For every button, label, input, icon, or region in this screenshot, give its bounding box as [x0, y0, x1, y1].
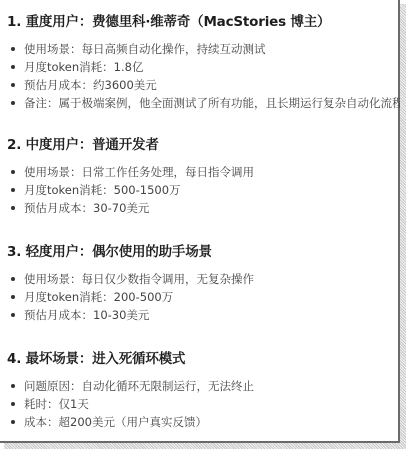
- section-heading: 2. 中度用户：普通开发者: [0, 135, 398, 155]
- bullet-list: 使用场景：每日仅少数指令调用，无复杂操作 月度token消耗：200-500万 …: [0, 270, 398, 324]
- list-item: 耗时：仅1天: [0, 395, 398, 413]
- bullet-icon: [11, 277, 15, 281]
- list-item-text: 备注：属于极端案例，他全面测试了所有功能，且长期运行复杂自动化流程: [24, 96, 404, 110]
- bullet-list: 问题原因：自动化循环无限制运行，无法终止 耗时：仅1天 成本：超200美元（用户…: [0, 377, 398, 431]
- list-item: 月度token消耗：500-1500万: [0, 181, 398, 199]
- list-item: 成本：超200美元（用户真实反馈）: [0, 413, 398, 431]
- list-item-text: 问题原因：自动化循环无限制运行，无法终止: [24, 379, 254, 393]
- bullet-list: 使用场景：每日高频自动化操作，持续互动测试 月度token消耗：1.8亿 预估月…: [0, 40, 398, 112]
- bullet-icon: [11, 295, 15, 299]
- section-heading: 1. 重度用户：费德里科·维蒂奇（MacStories 博主）: [0, 12, 398, 32]
- list-item-text: 使用场景：日常工作任务处理，每日指令调用: [24, 165, 254, 179]
- section-heavy-user: 1. 重度用户：费德里科·维蒂奇（MacStories 博主） 使用场景：每日高…: [0, 12, 398, 112]
- bullet-icon: [11, 101, 15, 105]
- list-item: 使用场景：每日高频自动化操作，持续互动测试: [0, 40, 398, 58]
- list-item-text: 使用场景：每日高频自动化操作，持续互动测试: [24, 42, 266, 56]
- section-medium-user: 2. 中度用户：普通开发者 使用场景：日常工作任务处理，每日指令调用 月度tok…: [0, 135, 398, 217]
- bullet-icon: [11, 170, 15, 174]
- list-item: 备注：属于极端案例，他全面测试了所有功能，且长期运行复杂自动化流程: [0, 94, 398, 112]
- list-item-text: 预估月成本：30-70美元: [24, 201, 149, 215]
- section-heading: 4. 最坏场景：进入死循环模式: [0, 349, 398, 369]
- list-item-text: 月度token消耗：200-500万: [24, 290, 173, 304]
- list-item: 使用场景：每日仅少数指令调用，无复杂操作: [0, 270, 398, 288]
- bullet-icon: [11, 83, 15, 87]
- list-item: 使用场景：日常工作任务处理，每日指令调用: [0, 163, 398, 181]
- bullet-icon: [11, 402, 15, 406]
- list-item-text: 预估月成本：10-30美元: [24, 308, 149, 322]
- bullet-icon: [11, 420, 15, 424]
- bullet-icon: [11, 384, 15, 388]
- list-item: 问题原因：自动化循环无限制运行，无法终止: [0, 377, 398, 395]
- bullet-list: 使用场景：日常工作任务处理，每日指令调用 月度token消耗：500-1500万…: [0, 163, 398, 217]
- bullet-icon: [11, 47, 15, 51]
- bullet-icon: [11, 206, 15, 210]
- bullet-icon: [11, 313, 15, 317]
- section-heading: 3. 轻度用户：偶尔使用的助手场景: [0, 242, 398, 262]
- list-item: 预估月成本：10-30美元: [0, 306, 398, 324]
- document-frame: 1. 重度用户：费德里科·维蒂奇（MacStories 博主） 使用场景：每日高…: [0, 0, 400, 443]
- section-light-user: 3. 轻度用户：偶尔使用的助手场景 使用场景：每日仅少数指令调用，无复杂操作 月…: [0, 242, 398, 324]
- list-item-text: 耗时：仅1天: [24, 397, 89, 411]
- list-item: 月度token消耗：1.8亿: [0, 58, 398, 76]
- list-item-text: 月度token消耗：1.8亿: [24, 60, 143, 74]
- list-item: 预估月成本：约3600美元: [0, 76, 398, 94]
- bullet-icon: [11, 65, 15, 69]
- drop-shadow-bottom: [4, 443, 406, 449]
- list-item-text: 成本：超200美元（用户真实反馈）: [24, 415, 207, 429]
- drop-shadow-right: [400, 4, 406, 449]
- list-item-text: 预估月成本：约3600美元: [24, 78, 157, 92]
- bullet-icon: [11, 188, 15, 192]
- list-item-text: 月度token消耗：500-1500万: [24, 183, 181, 197]
- list-item: 预估月成本：30-70美元: [0, 199, 398, 217]
- section-worst-case: 4. 最坏场景：进入死循环模式 问题原因：自动化循环无限制运行，无法终止 耗时：…: [0, 349, 398, 431]
- list-item: 月度token消耗：200-500万: [0, 288, 398, 306]
- list-item-text: 使用场景：每日仅少数指令调用，无复杂操作: [24, 272, 254, 286]
